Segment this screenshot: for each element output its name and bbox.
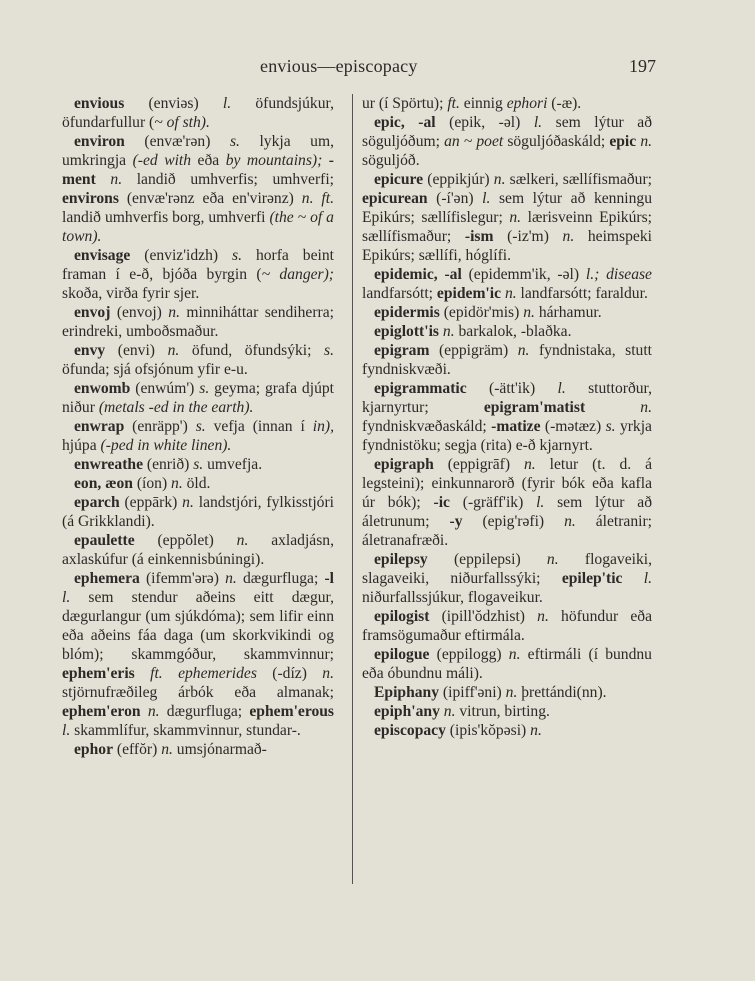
definition-text: söguljóðaskáld; [503, 133, 609, 150]
definition-text: (envoj) [110, 304, 168, 321]
dictionary-entry: envy (envi) n. öfund, öfundsýki; s. öfun… [62, 341, 334, 379]
headword: -ic [434, 494, 450, 511]
definition-text: (ipis'kŏpəsi) [446, 722, 530, 739]
italic-text: l. [534, 114, 542, 131]
dictionary-entry: ephor (effŏr) n. umsjónarmað- [62, 740, 334, 759]
headword: epidemic, -al [374, 266, 462, 283]
headword: -y [450, 513, 463, 530]
definition-text [622, 570, 643, 587]
definition-text: (enrið) [143, 456, 193, 473]
italic-text: n. [509, 209, 521, 226]
italic-text: ~ danger); [262, 266, 334, 283]
headword: epicure [374, 171, 423, 188]
dictionary-entry: eparch (eppārk) n. landstjóri, fylkisstj… [62, 493, 334, 531]
italic-text: (-ped in white linen). [101, 437, 232, 454]
definition-text: (epig'rəfi) [463, 513, 565, 530]
headword: epic, -al [374, 114, 436, 131]
headword: -ism [465, 228, 494, 245]
definition-text: ur (í Spörtu); [362, 95, 447, 112]
definition-text [135, 665, 150, 682]
running-head: envious—episcopacy [260, 56, 418, 77]
italic-text: n. [640, 133, 652, 150]
dictionary-entry: epilepsy (eppilepsi) n. flogaveiki, slag… [362, 550, 652, 607]
dictionary-entry: Epiphany (ipiff'əni) n. þrettándi(nn). [362, 683, 652, 702]
italic-text: n. [505, 285, 517, 302]
italic-text: s. [196, 418, 206, 435]
italic-text: n. [237, 532, 249, 549]
headword: epigram [374, 342, 429, 359]
definition-text: barkalok, -blaðka. [455, 323, 572, 340]
definition-text: skoða, virða fyrir sjer. [62, 285, 199, 302]
dictionary-entry: epilogist (ipill'ŏdzhist) n. höfundur eð… [362, 607, 652, 645]
italic-text: s. [199, 380, 209, 397]
italic-text: n. [506, 684, 518, 701]
italic-text: l. [62, 722, 70, 739]
headword: eon, æon [74, 475, 133, 492]
headword: ephemera [74, 570, 140, 587]
italic-text: n. [523, 304, 535, 321]
italic-text: n. [171, 475, 183, 492]
definition-text [141, 703, 148, 720]
definition-text: fyndniskvæðaskáld; [362, 418, 491, 435]
definition-text: (envæ'rən) [125, 133, 230, 150]
headword: epilep'tic [562, 570, 623, 587]
definition-text: (eppigrāf) [434, 456, 524, 473]
definition-text: (eppilogg) [429, 646, 508, 663]
headword: -matize [491, 418, 540, 435]
page-number: 197 [629, 56, 656, 77]
headword: envy [74, 342, 105, 359]
headword: enwreathe [74, 456, 143, 473]
page-header: envious—episcopacy 197 [90, 56, 656, 80]
headword: epicurean [362, 190, 428, 207]
definition-text: vitrun, birting. [455, 703, 549, 720]
italic-text: n. [509, 646, 521, 663]
definition-text: (-gräff'ik) [450, 494, 536, 511]
italic-text: n. [530, 722, 542, 739]
dictionary-entry: epic, -al (epik, -əl) l. sem lýtur að sö… [362, 113, 652, 170]
definition-text: (-í'ən) [428, 190, 483, 207]
dictionary-entry: episcopacy (ipis'kŏpəsi) n. [362, 721, 652, 740]
italic-text: by mountains); [226, 152, 323, 169]
headword: ephem'erous [249, 703, 334, 720]
dictionary-entry: eon, æon (íon) n. öld. [62, 474, 334, 493]
headword: epigraph [374, 456, 434, 473]
headword: epiglott'is [374, 323, 439, 340]
italic-text: n. [494, 171, 506, 188]
definition-text: (íon) [133, 475, 171, 492]
definition-text: hjúpa [62, 437, 101, 454]
italic-text: s. [324, 342, 334, 359]
dictionary-entry: epicure (eppikjúr) n. sælkeri, sællífism… [362, 170, 652, 265]
definition-text: landfarsótt; faraldur. [517, 285, 648, 302]
italic-text: n. [110, 171, 122, 188]
dictionary-entry: environ (envæ'rən) s. lykja um, umkringj… [62, 132, 334, 246]
italic-text: l. [223, 95, 231, 112]
definition-text: landið umhverfis borg, umhverfi [62, 209, 269, 226]
headword: enwomb [74, 380, 130, 397]
dictionary-entry: envious (enviəs) l. öfundsjúkur, öfundar… [62, 94, 334, 132]
headword: enwrap [74, 418, 124, 435]
italic-text: ft. ephemerides [150, 665, 257, 682]
italic-text: l. [644, 570, 652, 587]
italic-text: in), [313, 418, 334, 435]
italic-text: n. [444, 703, 456, 720]
italic-text: n. [547, 551, 559, 568]
italic-text: n. ft. [302, 190, 334, 207]
italic-text: (-ed with [133, 152, 191, 169]
headword: environ [74, 133, 125, 150]
headword: epigram'matist [484, 399, 585, 416]
dictionary-entry: epiph'any n. vitrun, birting. [362, 702, 652, 721]
definition-text: (ipill'ŏdzhist) [429, 608, 537, 625]
dictionary-entry: enwrap (enräpp') s. vefja (innan í in), … [62, 417, 334, 455]
definition-text: vefja (innan í [206, 418, 313, 435]
definition-text: hárhamur. [535, 304, 602, 321]
definition-text: (eppigräm) [429, 342, 517, 359]
headword: envious [74, 95, 124, 112]
definition-text: (ipiff'əni) [439, 684, 506, 701]
definition-text: (eppikjúr) [423, 171, 494, 188]
definition-text: (epik, -əl) [436, 114, 534, 131]
italic-text: n. [168, 304, 180, 321]
italic-text: n. [168, 342, 180, 359]
definition-text: (enviəs) [124, 95, 223, 112]
definition-text: sælkeri, sællífismaður; [505, 171, 652, 188]
dictionary-entry: epigraph (eppigrāf) n. letur (t. d. á le… [362, 455, 652, 550]
dictionary-entry: epiglott'is n. barkalok, -blaðka. [362, 322, 652, 341]
headword: epic [609, 133, 636, 150]
italic-text: n. [161, 741, 173, 758]
definition-text: niðurfallssjúkur, flogaveikur. [362, 589, 543, 606]
italic-text: n. [182, 494, 194, 511]
definition-text [96, 171, 111, 188]
italic-text: n. [563, 228, 575, 245]
dictionary-entry: epigram (eppigräm) n. fyndnistaka, stutt… [362, 341, 652, 379]
headword: -l [324, 570, 334, 587]
definition-text: (envæ'rənz eða en'virənz) [119, 190, 302, 207]
headword: ephor [74, 741, 113, 758]
italic-text: l. [558, 380, 566, 397]
italic-text: s. [230, 133, 240, 150]
definition-text: landið umhverfis; umhverfi; [122, 171, 334, 188]
dictionary-entry: enwreathe (enrið) s. umvefja. [62, 455, 334, 474]
definition-text: stjörnufræðileg árbók eða almanak; [62, 684, 334, 701]
headword: environs [62, 190, 119, 207]
definition-text: umsjónarmað- [173, 741, 267, 758]
italic-text: an ~ poet [444, 133, 503, 150]
headword: ephem'eron [62, 703, 141, 720]
definition-text [585, 399, 640, 416]
definition-text: söguljóð. [362, 152, 420, 169]
definition-text: einnig [460, 95, 507, 112]
definition-text: (eppilepsi) [428, 551, 547, 568]
italic-text: s. [193, 456, 203, 473]
headword: Epiphany [374, 684, 439, 701]
definition-text: sem stendur aðeins eitt dægur, dægurlang… [62, 589, 334, 663]
italic-text: n. [518, 342, 530, 359]
italic-text: n. [640, 399, 652, 416]
right-column: ur (í Spörtu); ft. einnig ephori (-æ).ep… [362, 94, 652, 740]
definition-text: (epidemm'ik, -əl) [462, 266, 586, 283]
definition-text: (effŏr) [113, 741, 161, 758]
dictionary-entry-continued: ur (í Spörtu); ft. einnig ephori (-æ). [362, 94, 652, 113]
dictionary-entry: epidermis (epidör'mis) n. hárhamur. [362, 303, 652, 322]
italic-text: (metals -ed in the earth). [99, 399, 254, 416]
dictionary-entry: envisage (enviz'idzh) s. horfa beint fra… [62, 246, 334, 303]
italic-text: n. [443, 323, 455, 340]
definition-text: (-díz) [257, 665, 322, 682]
headword: epidem'ic [437, 285, 501, 302]
headword: epilogist [374, 608, 429, 625]
definition-text: (eppārk) [120, 494, 183, 511]
column-divider [352, 94, 353, 884]
dictionary-entry: epaulette (eppŏlet) n. axladjásn, axlask… [62, 531, 334, 569]
italic-text: s. [606, 418, 616, 435]
definition-text: (enwúm') [130, 380, 199, 397]
headword: epiph'any [374, 703, 440, 720]
definition-text: (ifemm'ərə) [140, 570, 225, 587]
italic-text: n. [537, 608, 549, 625]
headword: epilogue [374, 646, 429, 663]
definition-text: umvefja. [203, 456, 262, 473]
definition-text: (-æ). [547, 95, 581, 112]
dictionary-entry: envoj (envoj) n. minniháttar sendiherra;… [62, 303, 334, 341]
italic-text: n. [564, 513, 576, 530]
headword: envoj [74, 304, 110, 321]
headword: envisage [74, 247, 130, 264]
left-column: envious (enviəs) l. öfundsjúkur, öfundar… [62, 94, 334, 759]
italic-text: l. [62, 589, 70, 606]
definition-text: dægurfluga; [160, 703, 250, 720]
italic-text: l.; disease [586, 266, 652, 283]
italic-text: ~ of sth). [154, 114, 210, 131]
italic-text: n. [225, 570, 237, 587]
definition-text: (envi) [105, 342, 167, 359]
headword: eparch [74, 494, 120, 511]
definition-text: öld. [183, 475, 211, 492]
definition-text: (-iz'm) [493, 228, 562, 245]
italic-text: n. [322, 665, 334, 682]
definition-text: (enräpp') [124, 418, 195, 435]
definition-text: (enviz'idzh) [130, 247, 232, 264]
italic-text: s. [232, 247, 242, 264]
italic-text: n. [148, 703, 160, 720]
italic-text: ephori [507, 95, 548, 112]
dictionary-entry: epigrammatic (-ätt'ik) l. stuttorður, kj… [362, 379, 652, 455]
headword: ephem'eris [62, 665, 135, 682]
definition-text: (-mətæz) [541, 418, 606, 435]
dictionary-entry: enwomb (enwúm') s. geyma; grafa djúpt ni… [62, 379, 334, 417]
definition-text: dægurfluga; [237, 570, 325, 587]
headword: epaulette [74, 532, 135, 549]
definition-text: landfarsótt; [362, 285, 437, 302]
headword: epigrammatic [374, 380, 467, 397]
headword: episcopacy [374, 722, 446, 739]
definition-text: eða [191, 152, 226, 169]
definition-text: öfund, öfundsýki; [179, 342, 324, 359]
headword: epilepsy [374, 551, 428, 568]
definition-text: (-ätt'ik) [467, 380, 558, 397]
definition-text: skammlífur, skammvinnur, stundar-. [70, 722, 301, 739]
definition-text: þrettándi(nn). [517, 684, 606, 701]
italic-text: n. [524, 456, 536, 473]
italic-text: ft. [447, 95, 460, 112]
dictionary-entry: epilogue (eppilogg) n. eftirmáli (í bund… [362, 645, 652, 683]
definition-text: (eppŏlet) [135, 532, 237, 549]
definition-text: (epidör'mis) [440, 304, 523, 321]
dictionary-entry: ephemera (ifemm'ərə) n. dægurfluga; -l l… [62, 569, 334, 740]
definition-text: öfunda; sjá ofsjónum yfir e-u. [62, 361, 248, 378]
dictionary-entry: epidemic, -al (epidemm'ik, -əl) l.; dise… [362, 265, 652, 303]
headword: epidermis [374, 304, 440, 321]
